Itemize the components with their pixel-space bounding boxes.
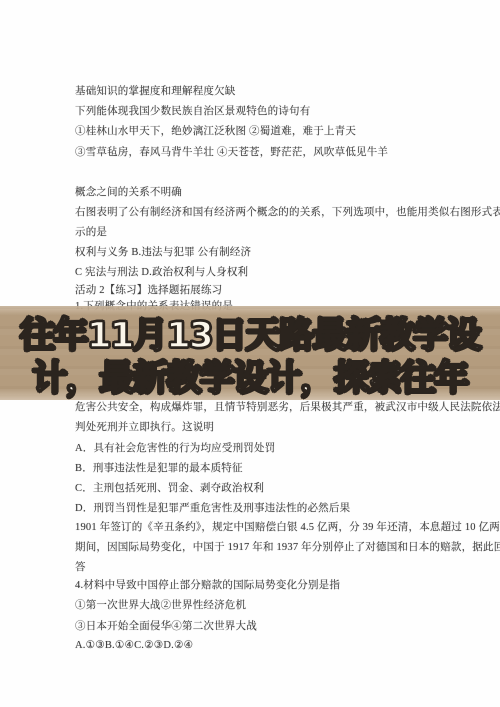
- document-line: 概念之间的关系不明确: [75, 186, 182, 199]
- document-line: C 宪法与刑法 D.政治权利与人身权利: [75, 266, 248, 279]
- document-line: 1901 年签订的《辛丑条约》，规定中国赔偿白银 4.5 亿两，分 39 年还清…: [75, 521, 500, 534]
- document-line: 下列能体现我国少数民族自治区景观特色的诗句有: [75, 105, 310, 118]
- overlay-title: 往年11月13日天路最新教学设 计，最新教学设计，探索往年: [0, 315, 500, 401]
- overlay-title-line-2: 计，最新教学设计，探索往年: [0, 358, 500, 401]
- document-line: 基础知识的掌握度和理解程度欠缺: [75, 85, 236, 98]
- overlay-title-line-1: 往年11月13日天路最新教学设: [0, 315, 500, 358]
- document-line: ③雪草毡房，春风马背牛羊壮 ④天苍苍，野茫茫，风吹草低见牛羊: [75, 146, 388, 159]
- document-line: 答: [75, 561, 86, 574]
- document-line-option-c: C．主刑包括死刑、罚金、剥夺政治权利: [75, 482, 264, 495]
- document-line-option-b: B．刑事违法性是犯罪的最本质特征: [75, 462, 243, 475]
- document-line-option-d: D．刑罚当罚性是犯罪严重危害性及刑事违法性的必然后果: [75, 502, 350, 515]
- document-line-answer-choices: A.①③B.①④C.②③D.②④: [75, 639, 193, 652]
- document-line: 判处死刑并立即执行。这说明: [75, 421, 214, 434]
- document-line: 示的是: [75, 226, 107, 239]
- document-line: ①桂林山水甲天下，绝妙漓江泛秋图 ②蜀道难，难于上青天: [75, 125, 356, 138]
- document-line: 权利与义务 B.违法与犯罪 公有制经济: [75, 246, 251, 259]
- document-line: ③日本开始全面侵华④第二次世界大战: [75, 620, 257, 633]
- document-page: 基础知识的掌握度和理解程度欠缺 下列能体现我国少数民族自治区景观特色的诗句有 ①…: [0, 0, 500, 707]
- document-line: ①第一次世界大战②世界性经济危机: [75, 599, 246, 612]
- document-line-option-a: A．具有社会危害性的行为均应受刑罚处罚: [75, 442, 275, 455]
- document-line: 活动 2【练习】选择题拓展练习: [75, 284, 222, 297]
- document-line: 危害公共安全，构成爆炸罪，且情节特别恶劣，后果极其严重，被武汉市中级人民法院依法: [75, 401, 500, 414]
- document-line: 期间，因国际局势变化，中国于 1917 年和 1937 年分别停止了对德国和日本…: [75, 541, 500, 554]
- document-line: 4.材料中导致中国停止部分赔款的国际局势变化分别是指: [75, 579, 340, 592]
- document-line: 右图表明了公有制经济和国有经济两个概念的的关系，下列选项中，也能用类似右图形式表: [75, 206, 500, 219]
